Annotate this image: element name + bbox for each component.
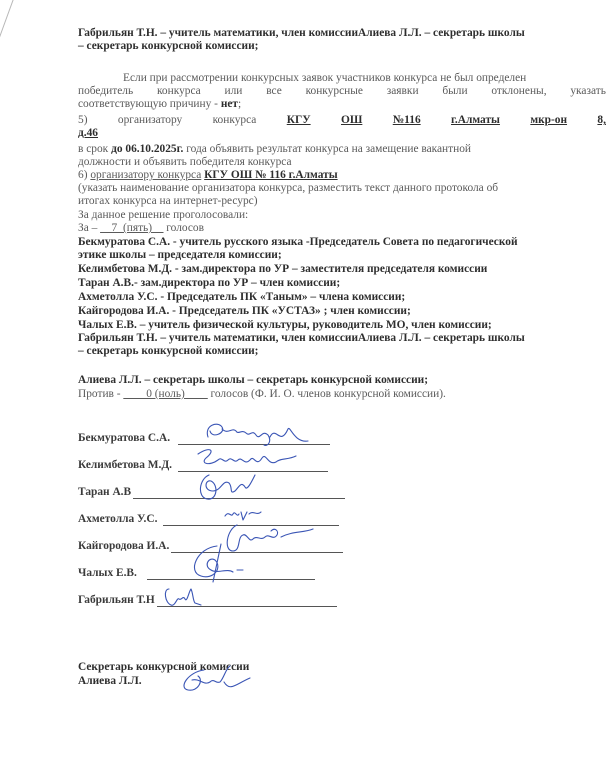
item5-org-line2: д.46 — [78, 127, 98, 140]
signature-row-taran: Таран А.В — [78, 486, 345, 499]
votes-for-value: __7_(пять)__ — [100, 222, 163, 234]
signature-line — [133, 497, 345, 499]
top-paragraph-line2: – секретарь конкурсной комиссии; — [78, 40, 258, 53]
org-word: ОШ — [341, 114, 362, 127]
signature-line — [147, 578, 315, 580]
item6-org: КГУ ОШ № 116 г.Алматы — [204, 169, 337, 181]
signature-line — [157, 605, 337, 607]
signature-row-chalykh: Чалых Е.В. — [78, 567, 315, 580]
secretary-line: Алиева Л.Л. – секретарь школы – секретар… — [78, 374, 428, 387]
failed-paragraph-line2: победитель конкурса или все конкурсные з… — [78, 85, 606, 98]
handwritten-signature-icon — [177, 542, 267, 586]
org-word: №116 — [393, 114, 421, 127]
item5-deadline-line2: должности и объявить победителя конкурса — [78, 156, 292, 169]
item5-deadline-line: в срок до 06.10.2025г. года объявить рез… — [78, 143, 606, 156]
signatory-name: Кайгородова И.А. — [78, 540, 169, 553]
word: заявки — [387, 85, 419, 98]
item5-line1: 5) организатору конкурса КГУ ОШ №116 г.А… — [78, 114, 606, 127]
scan-edge-line — [0, 0, 15, 38]
item6-note-line1: (указать наименование организатора конку… — [78, 182, 498, 195]
voting-title: За данное решение проголосовали: — [78, 209, 248, 222]
deadline-prefix: в срок — [78, 143, 111, 155]
word: были — [442, 85, 467, 98]
votes-for: За – __7_(пять)__ голосов — [78, 222, 204, 235]
word: конкурса — [213, 114, 257, 127]
votes-against-suffix: голосов (Ф. И. О. членов конкурсной коми… — [208, 388, 446, 400]
deadline-rest: года объявить результат конкурса на заме… — [183, 143, 471, 155]
item6-note-line2: итогах конкурса на интернет-ресурс) — [78, 195, 258, 208]
votes-against-value: ____0 (ноль)____ — [123, 388, 207, 400]
member-2: Келимбетова М.Д. - зам.директора по УР –… — [78, 263, 487, 276]
deadline-date: до 06.10.2025г. — [111, 143, 183, 155]
member-5: Кайгородова И.А. - Председатель ПК «УСТА… — [78, 305, 411, 318]
signature-row-gabrilyan: Габрильян Т.Н — [78, 594, 337, 607]
word: конкурсные — [306, 85, 363, 98]
member-4: Ахметолла У.С. - Председатель ПК «Таным»… — [78, 291, 405, 304]
word: или — [225, 85, 243, 98]
member-7-line1: Габрильян Т.Н. – учитель математики, чле… — [78, 332, 525, 345]
votes-against-label: Против - — [78, 388, 123, 400]
handwritten-signature-icon — [174, 664, 254, 696]
word: победитель — [78, 85, 133, 98]
signature-row-bekmuratova: Бекмуратова С.А. — [78, 432, 330, 445]
failed-paragraph-line1: Если при рассмотрении конкурсных заявок … — [123, 72, 526, 85]
item6-line: 6) организатору конкурса КГУ ОШ № 116 г.… — [78, 169, 338, 182]
signatory-name: Таран А.В — [78, 486, 131, 499]
word: организатору — [118, 114, 182, 127]
signatory-name: Бекмуратова С.А. — [78, 432, 170, 445]
handwritten-signature-icon — [195, 469, 265, 503]
member-1-line1: Бекмуратова С.А. - учитель русского язык… — [78, 236, 518, 249]
member-6: Чалых Е.В. – учитель физической культуры… — [78, 319, 492, 332]
word: конкурса — [157, 85, 201, 98]
org-word: КГУ — [287, 114, 311, 127]
secretary-block-name: Алиева Л.Л. — [78, 675, 142, 688]
org-word: г.Алматы — [451, 114, 500, 127]
reason-label: соответствующую причину - — [78, 98, 221, 110]
word: отклонены, — [491, 85, 546, 98]
word: все — [266, 85, 282, 98]
item6-number: 6) — [78, 169, 90, 181]
signatory-name: Ахметолла У.С. — [78, 513, 157, 526]
word: указать — [570, 85, 606, 98]
item6-label: организатору конкурса — [90, 169, 201, 181]
votes-for-label: За – — [78, 222, 100, 234]
org-word: 8, — [597, 114, 606, 127]
votes-for-suffix: голосов — [163, 222, 204, 234]
failed-paragraph-line3: соответствующую причину - нет; — [78, 98, 241, 111]
member-7-line2: – секретарь конкурсной комиссии; — [78, 345, 258, 358]
member-1-line2: этике школы – председателя комиссии; — [78, 249, 282, 262]
signatory-name: Келимбетова М.Д. — [78, 459, 172, 472]
handwritten-signature-icon — [159, 585, 209, 609]
org-word: мкр-он — [530, 114, 567, 127]
member-3: Таран А.В.- зам.директора по УР – член к… — [78, 277, 340, 290]
item5-number: 5) — [78, 114, 88, 127]
reason-answer: нет — [221, 98, 238, 110]
votes-against: Против - ____0 (ноль)____ голосов (Ф. И.… — [78, 388, 446, 401]
top-paragraph-line1: Габрильян Т.Н. – учитель математики, чле… — [78, 27, 525, 40]
signatory-name: Габрильян Т.Н — [78, 594, 155, 607]
signatory-name: Чалых Е.В. — [78, 567, 137, 580]
